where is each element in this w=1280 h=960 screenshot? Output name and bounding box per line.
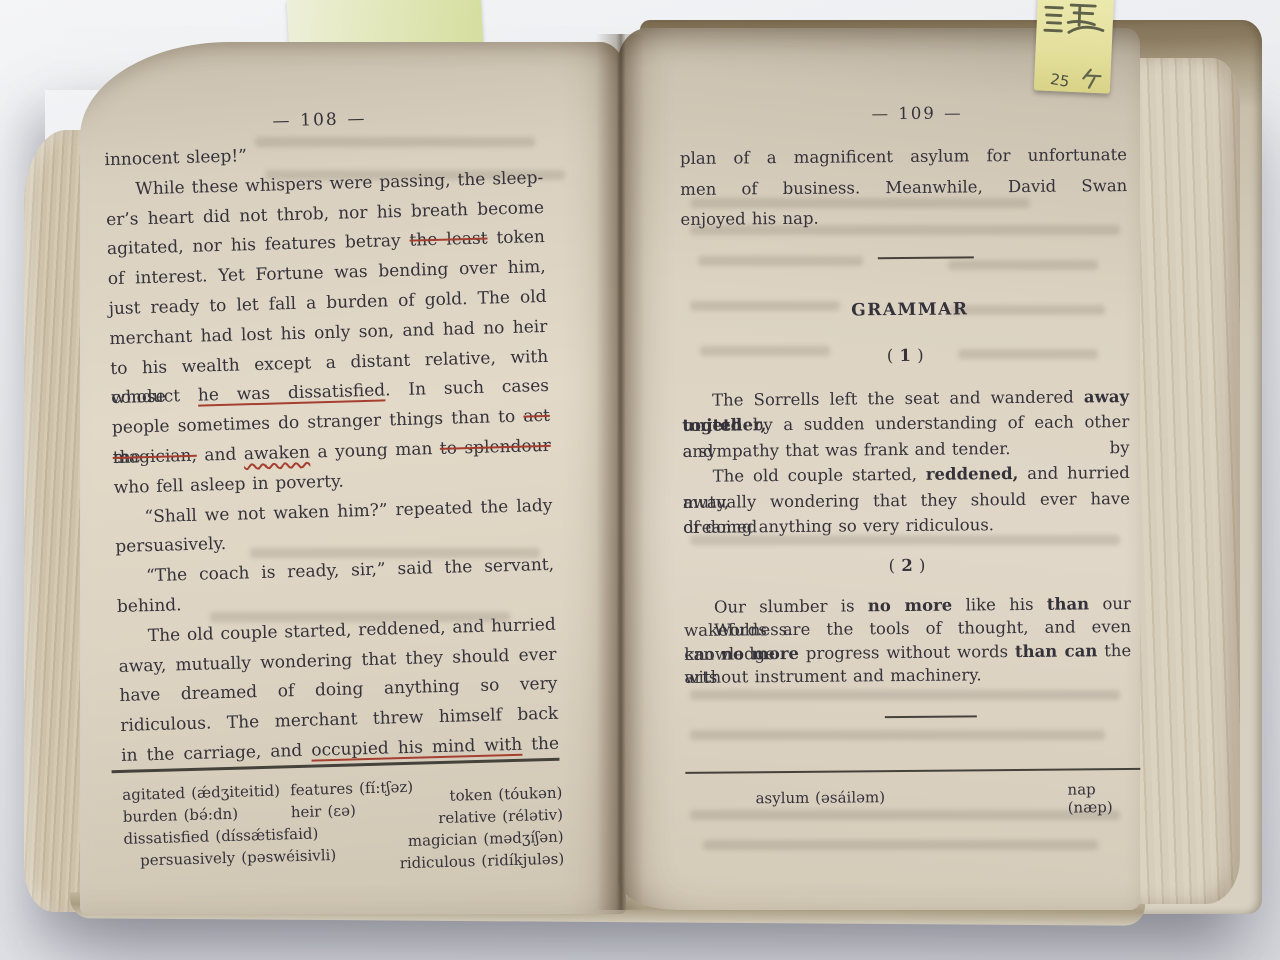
text-segment: of doing anything so very ridiculous. [683,515,994,537]
text-segment: progress without words [799,642,1015,663]
text-segment: persuasively. [115,534,226,557]
text-segment: he was dissatisfied [198,381,386,406]
text-line: of doing anything so very ridiculous. [683,511,1130,540]
text-segment: token [487,227,545,249]
section-separator-rule [885,715,977,718]
vocab-divider-rule [685,768,1140,774]
grammar-section-1-text: The Sorrells left the seat and wandered … [682,384,1130,540]
grammar-section-1-label: ( 1 ) [682,342,1129,370]
text-segment: persuasively (pəswéisivli) [140,846,337,869]
handwritten-kanji-scribble [1038,0,1111,59]
text-segment: The Sorrells left the seat and wandered [712,387,1084,409]
text-segment: awaken [244,443,311,465]
text-segment: to splendour [440,436,551,459]
text-line: can no more progress without words than … [684,639,1131,666]
text-segment: ridiculous (ridíkjuləs) [399,850,564,873]
text-segment: a sympathy that was frank and tender. [682,439,1010,461]
text-segment: no more [721,644,799,664]
text-segment: than [1047,594,1089,613]
grammar-heading: GRAMMAR [681,298,1138,322]
text-line: plan of a magnificent asylum for unfortu… [680,140,1127,174]
text-segment: 1 [899,346,911,365]
vocab-entry: asylum (əsáiləm) [755,788,885,807]
text-segment: the least [409,229,488,251]
page-stack-right-edge [1128,58,1240,904]
text-segment: magician, [113,446,198,468]
text-segment: Our slumber is [714,596,868,616]
text-line: ( 2 ) [683,552,1130,580]
text-segment: behind. [117,595,182,617]
text-line: The old couple started, reddened, and hu… [683,460,1130,489]
text-segment: agitated, nor his features betray [107,231,410,259]
text-segment: without instrument and machinery. [684,665,981,687]
text-segment: enjoyed his nap. [680,209,818,229]
text-segment: innocent sleep!” [104,146,247,170]
vocab-entry: nap (næp) [1067,780,1142,817]
text-segment: can [684,644,721,663]
text-segment: ) [911,346,924,365]
book-gutter-shadow [596,34,644,910]
right-page-body: plan of a magnificent asylum for unfortu… [680,140,1128,235]
text-line: enjoyed his nap. [680,201,1127,235]
text-segment: magician (mədʒíʃən) [408,828,564,850]
grammar-section-2-text: Our slumber is no more like his than our… [684,592,1132,689]
page-number-109: — 109 — [698,102,1137,125]
text-segment: no more [868,596,953,616]
vocab-column-3: token (tóukən)relative (rélətiv)magician… [320,782,564,877]
text-segment: ) [913,556,926,575]
text-line: united by a sudden understanding of each… [682,409,1129,438]
handwritten-count: 25 [1049,70,1071,91]
text-segment: agitated (ǽdʒiteitid) [122,782,280,804]
text-segment: the [522,734,559,755]
text-segment: The old couple started, [713,465,926,486]
text-line: without instrument and machinery. [684,662,1131,689]
text-line: ( 1 ) [682,342,1129,370]
text-segment: The old couple started, reddened, and hu… [148,615,556,646]
sticky-note-annotation: 25 [1034,0,1114,94]
section-separator-rule [878,256,974,259]
text-line: The Sorrells left the seat and wandered … [682,384,1129,413]
text-segment: in the carriage, and [121,741,312,766]
text-segment: ( [887,346,900,365]
text-segment: than can [1015,641,1098,661]
handwritten-suffix-scribble [1078,66,1105,91]
text-line: men of business. Meanwhile, David Swan [680,171,1127,205]
page-number-108: — 108 — [89,104,549,137]
grammar-section-2-label: ( 2 ) [683,552,1130,580]
text-segment: occupied his mind with [311,735,522,761]
text-segment: united [682,416,742,436]
text-segment: burden (bə́:dn) [123,805,239,826]
text-segment: relative (rélətiv) [438,806,563,827]
text-segment: men of business. Meanwhile, David Swan [680,176,1127,199]
text-segment: like his [952,595,1047,615]
text-segment: and [197,444,245,465]
text-segment: conduct [111,386,198,408]
right-page-text: — 109 — plan of a magnificent asylum for… [661,92,1143,916]
text-segment: who fell asleep in poverty. [113,471,344,497]
text-segment: reddened, [926,464,1019,484]
left-page-text: — 108 — innocent sleep!”While these whis… [89,90,571,903]
text-segment: 2 [901,556,913,575]
text-segment: ( [889,556,902,575]
text-segment: a young man [310,439,441,463]
text-segment: . In such cases [385,376,549,401]
text-segment: token (tóukən) [449,784,562,805]
text-line: mutually wondering that they should ever… [683,486,1130,515]
text-segment: “The coach is ready, sir,” said the serv… [146,555,554,586]
left-page-body: innocent sleep!”While these whispers wer… [104,134,559,772]
text-segment: plan of a magnificent asylum for unfortu… [680,145,1127,168]
